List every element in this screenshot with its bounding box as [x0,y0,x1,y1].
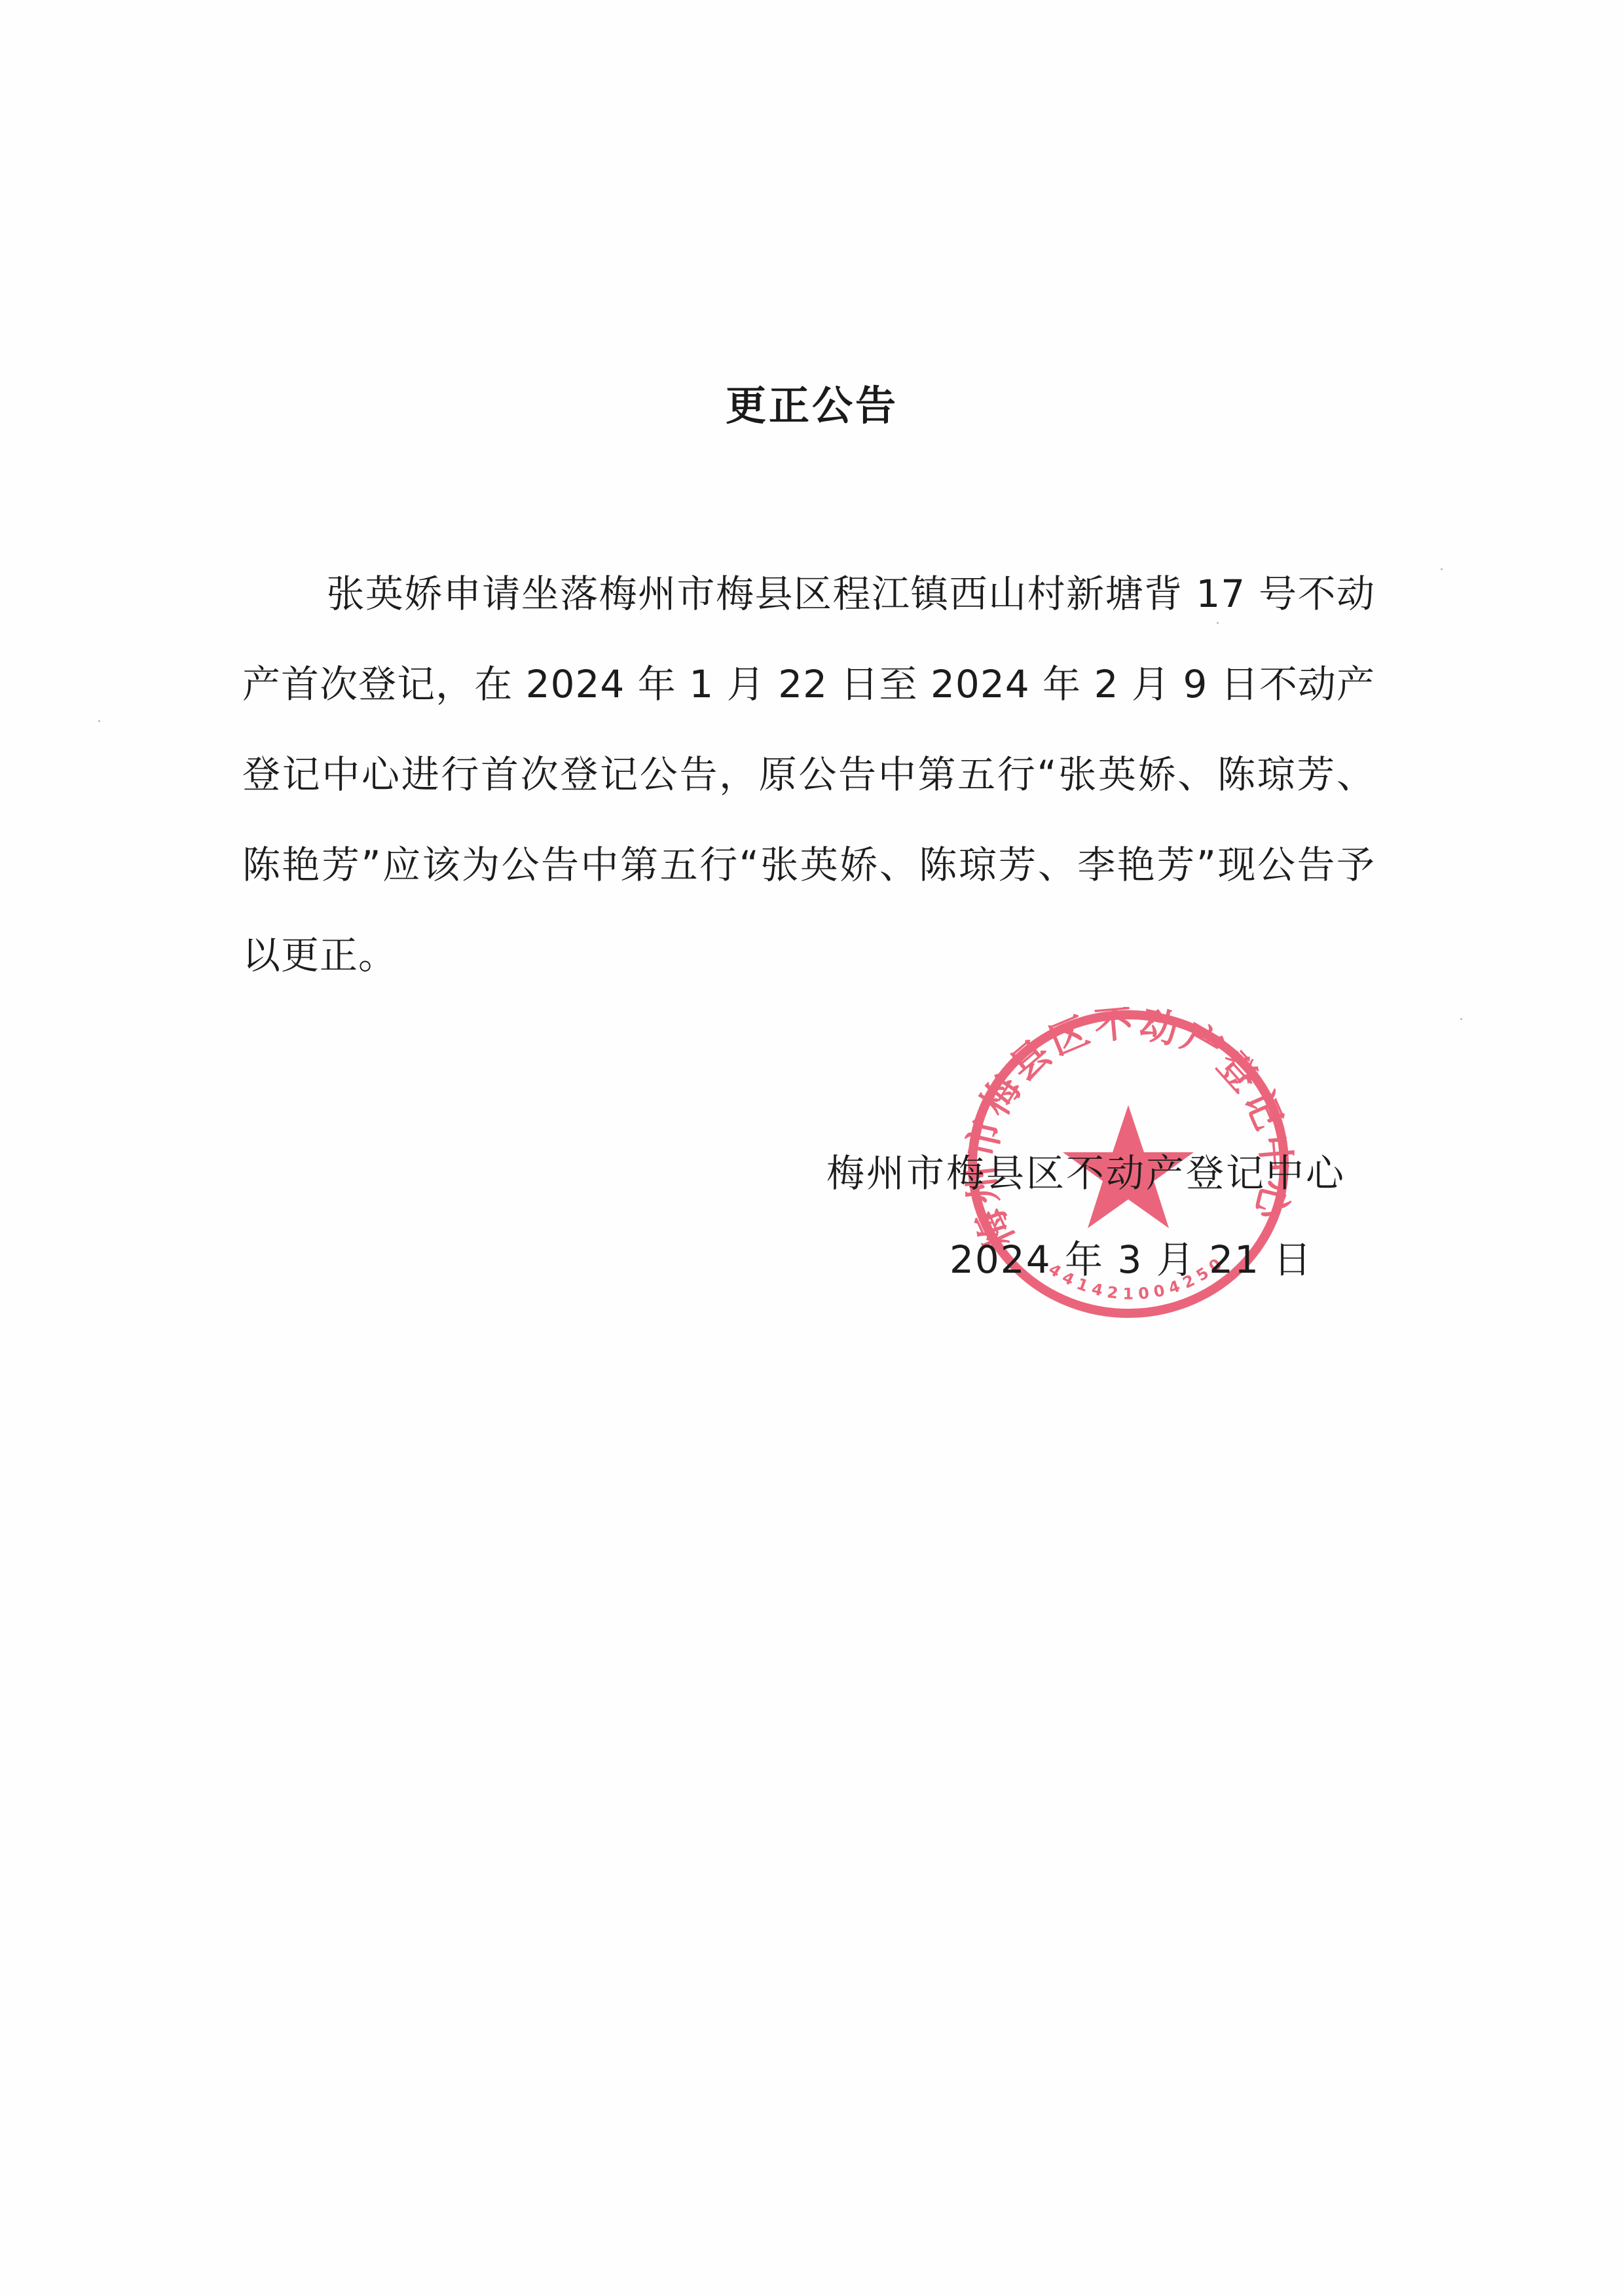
scan-speck [1460,1018,1462,1020]
issue-date: 2024 年 3 月 21 日 [950,1233,1313,1286]
body-paragraph-text: 张英娇申请坐落梅州市梅县区程江镇西山村新塘背 17 号不动产首次登记，在 202… [242,572,1375,977]
body-paragraph: 张英娇申请坐落梅州市梅县区程江镇西山村新塘背 17 号不动产首次登记，在 202… [242,549,1375,1000]
scan-speck [98,720,100,722]
scan-speck [1217,622,1219,624]
issuer-name: 梅州市梅县区不动产登记中心 [826,1147,1346,1199]
scan-speck [1441,568,1443,570]
document-page: 更正公告 张英娇申请坐落梅州市梅县区程江镇西山村新塘背 17 号不动产首次登记，… [0,0,1624,2296]
page-title: 更正公告 [0,380,1624,432]
